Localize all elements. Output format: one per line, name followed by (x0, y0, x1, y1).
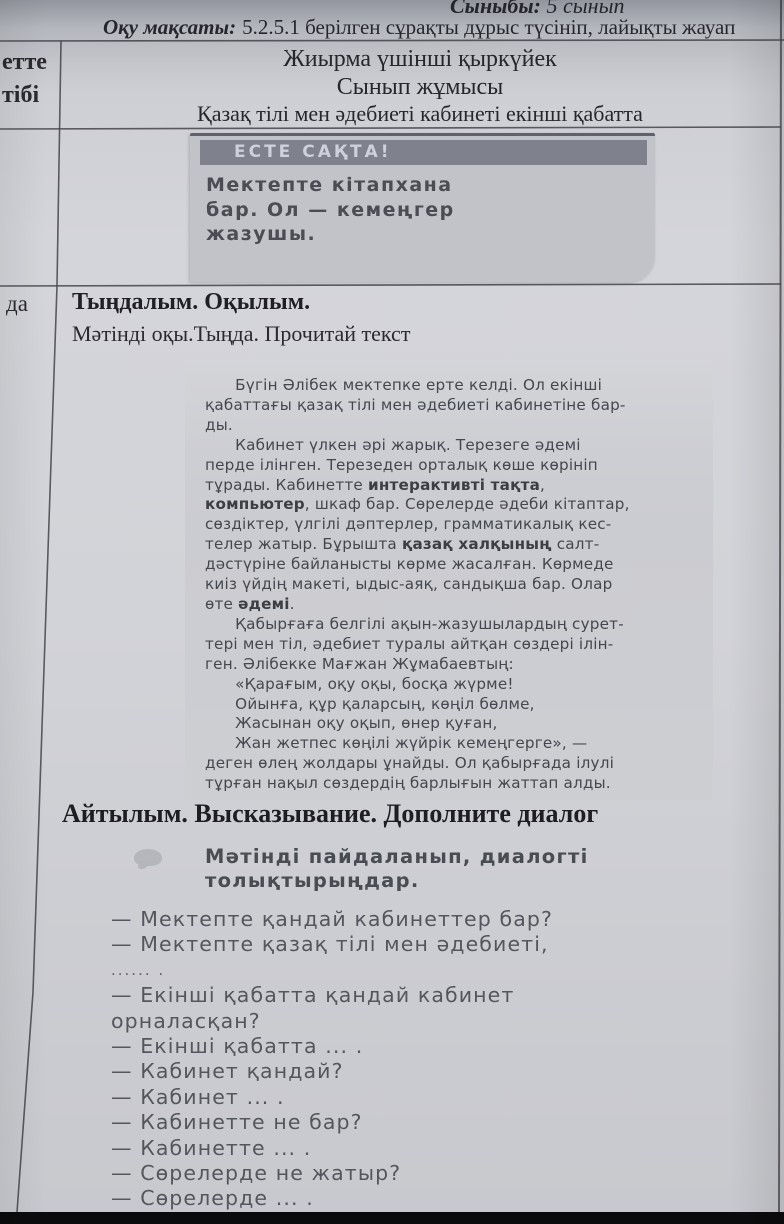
photo-bottom-black-bar (0, 1212, 784, 1224)
remember-line: бар. Ол — кемеңгер (206, 198, 655, 223)
passage-line: қабаттағы қазақ тілі мен әдебиеті кабине… (205, 396, 713, 416)
listening-subheading: Мәтінді оқы.Тыңда. Прочитай текст (72, 321, 410, 347)
passage-line: телер жатыр. Бұрышта қазақ халқының салт… (205, 535, 713, 555)
instruction-line: Мәтінді пайдаланып, диалогті (205, 845, 589, 869)
instruction-line: толықтырыңдар. (205, 869, 589, 893)
lesson-work-type: Сынып жұмысы (62, 73, 778, 101)
passage-line: Қабырғаға белгілі ақын-жазушылардың суре… (205, 615, 713, 635)
passage-line: киіз үйдің макеті, ыдыс-аяқ, сандықша ба… (205, 575, 713, 595)
lesson-topic: Қазақ тілі мен әдебиеті кабинеті екінші … (62, 101, 778, 127)
passage-line: «Қарағым, оқу оқы, босқа жүрме! (205, 675, 713, 695)
passage-line: дәстүріне байланысты көрме жасалған. Көр… (205, 555, 713, 575)
lesson-date: Жиырма үшінші қыркүйек (62, 45, 778, 73)
lesson-header-cell: Жиырма үшінші қыркүйек Сынып жұмысы Қаза… (62, 45, 778, 127)
photographed-lesson-plan-page: { "meta": { "class_label": "Сыныбы:", "c… (0, 0, 784, 1224)
dialog-line: — Кабинет ... . (111, 1085, 553, 1110)
left-column-fragment: тібі (2, 82, 39, 109)
passage-line: компьютер, шкаф бар. Сөрелерде әдеби кіт… (205, 495, 713, 515)
passage-line: перде ілінген. Терезеден орталық көше кө… (205, 456, 713, 476)
dialog-line: ...... . (111, 958, 553, 983)
dialog-line: — Кабинетте ... . (111, 1136, 553, 1161)
passage-line: сөздіктер, үлгілі дәптерлер, грамматикал… (205, 515, 713, 535)
dialog-line: — Мектепте қазақ тілі мен әдебиеті, (111, 932, 553, 957)
passage-line: тұрған нақыл сөздердің барлығын жаттап а… (205, 774, 713, 794)
dialog-line: — Сөрелерде ... . (111, 1186, 553, 1211)
remember-box-title: ЕСТЕ САҚТА! (200, 140, 647, 165)
dialog-line: — Екінші қабатта қандай кабинет (111, 983, 553, 1008)
dialog-line: — Сөрелерде не жатыр? (111, 1161, 553, 1186)
dialog-line: — Кабинет қандай? (111, 1059, 553, 1084)
speaking-instruction: Мәтінді пайдаланып, диалогтітолықтырыңда… (205, 845, 589, 893)
passage-line: өте әдемі. (205, 595, 713, 615)
passage-line: Кабинет үлкен әрі жарық. Терезеге әдемі (205, 436, 713, 456)
passage-line: тұрады. Кабинетте интерактивті тақта, (205, 476, 713, 496)
dialog-line: — Мектепте қандай кабинеттер бар? (111, 907, 553, 932)
passage-line: ды. (205, 416, 713, 436)
passage-line: Жасынан оқу оқып, өнер қуған, (205, 714, 713, 734)
speaking-exercise-icon (134, 849, 162, 866)
objective-text: 5.2.5.1 берілген сұрақты дұрыс түсініп, … (242, 15, 735, 39)
remember-line: жазушы. (206, 222, 655, 247)
passage-line: Бүгін Әлібек мектепке ерте келді. Ол екі… (205, 376, 713, 396)
dialog-line: — Екінші қабатта ... . (111, 1034, 553, 1059)
objective-line: Оқу мақсаты:5.2.5.1 берілген сұрақты дұр… (103, 15, 735, 40)
reading-passage: Бүгін Әлібек мектепке ерте келді. Ол екі… (185, 364, 713, 800)
remember-line: Мектепте кітапхана (206, 173, 655, 198)
passage-line: ген. Әлібекке Мағжан Жұмабаевтың: (205, 655, 713, 675)
remember-box-text: Мектепте кітапханабар. Ол — кемеңгержазу… (190, 165, 655, 247)
left-column-fragment: етте (2, 49, 47, 76)
objective-label: Оқу мақсаты: (103, 15, 236, 39)
dialog-line: орналасқан? (111, 1009, 553, 1034)
dialog-block: — Мектепте қандай кабинеттер бар?— Мекте… (111, 907, 553, 1212)
listening-heading: Тыңдалым. Оқылым. (72, 289, 310, 316)
speaking-heading: Айтылым. Высказывание. Дополните диалог (62, 799, 598, 829)
left-column-fragment: да (6, 291, 28, 317)
passage-line: Жан жетпес көңілі жүйрік кемеңгерге», — (205, 734, 713, 754)
passage-line: Ойынға, құр қаларсың, көңіл бөлме, (205, 695, 713, 715)
dialog-line: — Кабинетте не бар? (111, 1110, 553, 1135)
passage-line: деген өлең жолдары ұнайды. Ол қабырғада … (205, 754, 713, 774)
passage-line: тері мен тіл, әдебиет туралы айтқан сөзд… (205, 635, 713, 655)
remember-box: ЕСТЕ САҚТА! Мектепте кітапханабар. Ол — … (190, 133, 655, 282)
